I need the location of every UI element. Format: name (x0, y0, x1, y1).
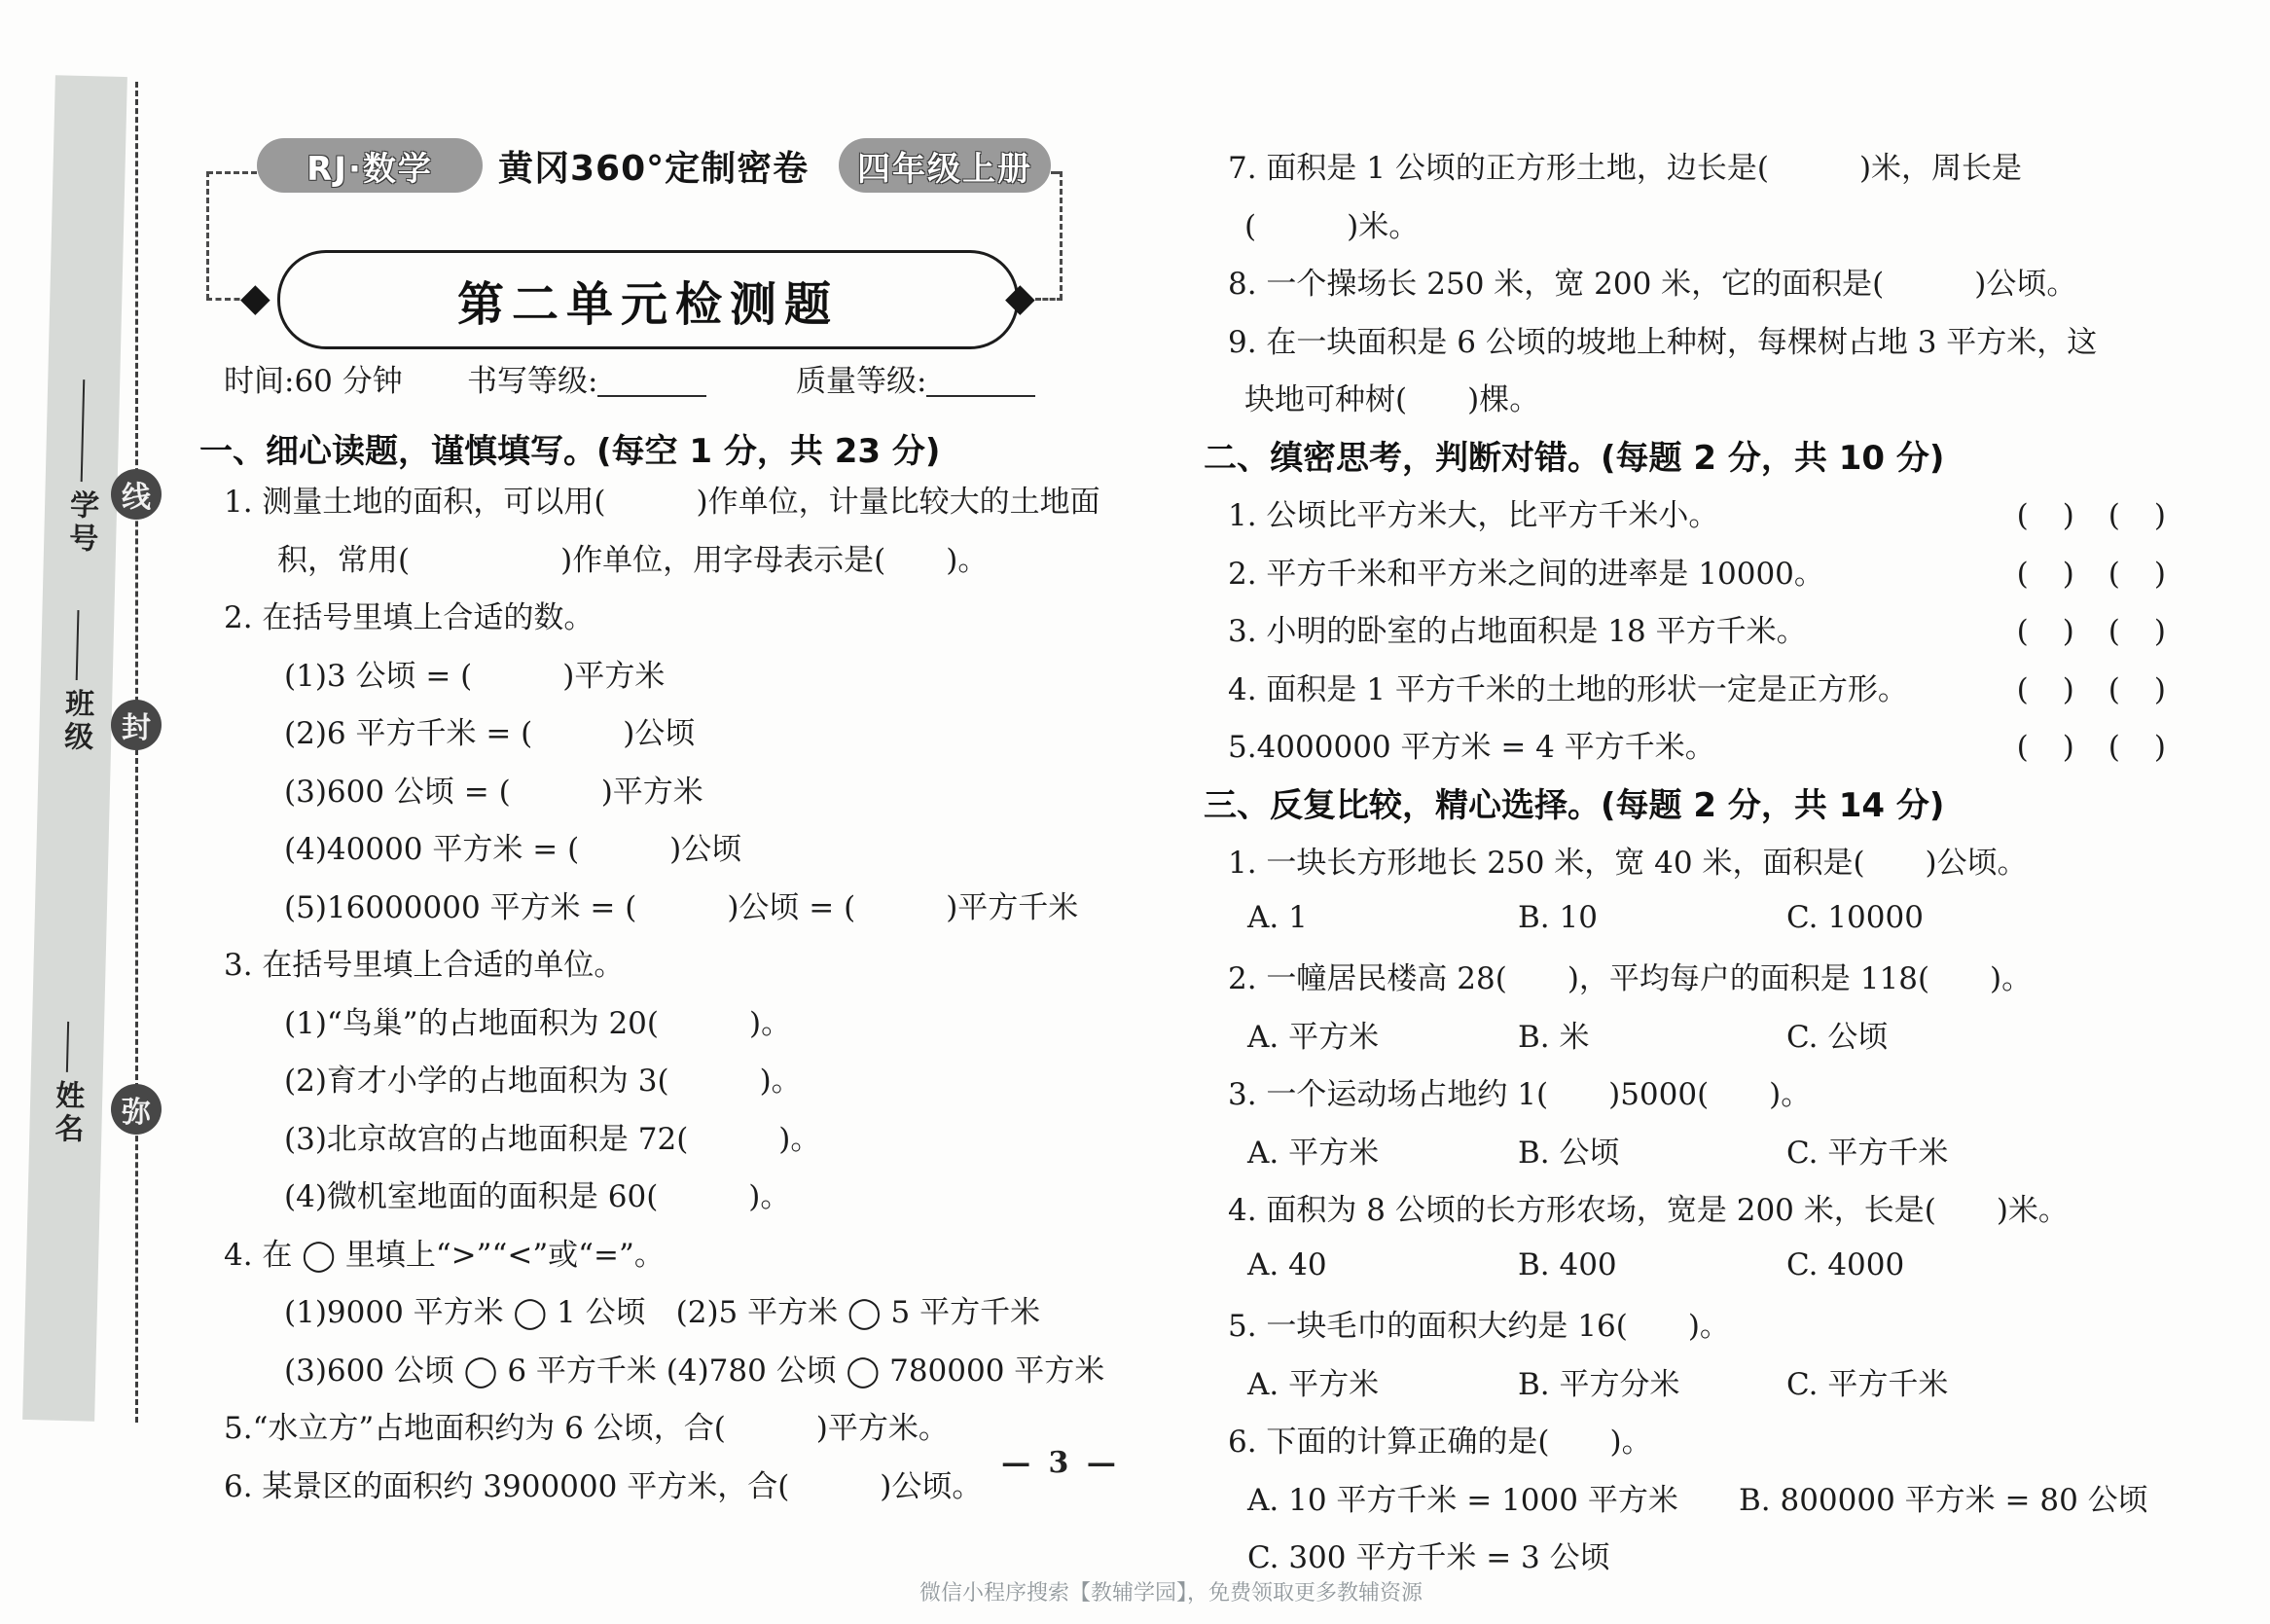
student-id-blank-line (81, 379, 86, 482)
section-1-heading: 一、细心读题，谨慎填写。(每空 1 分，共 23 分) (199, 424, 940, 472)
q8-stem: 8. 一个操场长 250 米，宽 200 米，它的面积是( )公顷。 (1204, 252, 2170, 310)
name-blank-line (66, 1022, 69, 1072)
writing-grade-blank (597, 366, 706, 397)
q2-stem: 2. 在括号里填上合适的数。 (199, 586, 1044, 644)
name-label: 姓名 (44, 1079, 89, 1146)
grade-badge: 四年级上册 (839, 138, 1051, 193)
choice-3-option-b: B. 公顷 (1518, 1128, 1786, 1172)
judge-item-4: 4. 面积是 1 平方千米的土地的形状一定是正方形。 ( ) ( ) (1204, 658, 2170, 716)
judge-1-answer-parens: ( ) ( ) (2017, 490, 2170, 534)
seal-dashed-line (135, 82, 138, 1423)
judge-4-answer-parens: ( ) ( ) (2017, 665, 2170, 708)
judge-2-answer-parens: ( ) ( ) (2017, 549, 2170, 593)
page-title: 第二单元检测题 (457, 267, 839, 334)
choice-2-option-c: C. 公顷 (1786, 1012, 2170, 1056)
q7-line-1: 7. 面积是 1 公顷的正方形土地，边长是( )米，周长是 (1204, 136, 2170, 195)
q3-stem: 3. 在括号里填上合适的单位。 (199, 933, 1044, 992)
seal-char-mi: 弥 (111, 1084, 162, 1135)
choice-5-option-a: A. 平方米 (1247, 1359, 1518, 1403)
choice-1-options: A. 1 B. 10 C. 10000 (1204, 889, 2170, 948)
choice-5-option-c: C. 平方千米 (1786, 1359, 2170, 1403)
q4-items-3-4: (3)600 公顷 ◯ 6 平方千米 (4)780 公顷 ◯ 780000 平方… (199, 1339, 1044, 1397)
header-dash-left (207, 171, 257, 174)
choice-3-option-c: C. 平方千米 (1786, 1128, 2170, 1172)
choice-3-stem: 3. 一个运动场占地约 1( )5000( )。 (1204, 1063, 2170, 1121)
seal-char-feng: 封 (111, 700, 162, 750)
right-column: 7. 面积是 1 公顷的正方形土地，边长是( )米，周长是 ( )米。 8. 一… (1204, 136, 2170, 1584)
choice-6-options-c: C. 300 平方千米 = 3 公顷 (1204, 1526, 2170, 1584)
choice-2-option-b: B. 米 (1518, 1012, 1786, 1056)
choice-1-option-a: A. 1 (1247, 900, 1518, 935)
choice-4-option-a: A. 40 (1247, 1247, 1518, 1282)
choice-4-stem: 4. 面积为 8 公顷的长方形农场，宽是 200 米，长是( )米。 (1204, 1178, 2170, 1237)
quality-grade-label: 质量等级: (796, 356, 1035, 400)
name-field: 姓名 (29, 1021, 104, 1147)
choice-1-option-c: C. 10000 (1786, 900, 2170, 935)
q3-item-1: (1)“鸟巢”的占地面积为 20( )。 (199, 992, 1044, 1050)
binding-strip: 学号 班级 姓名 (22, 75, 127, 1421)
writing-grade-text: 书写等级: (467, 364, 597, 399)
title-banner: 第二单元检测题 (277, 250, 1019, 349)
class-blank-line (76, 610, 80, 680)
choice-1-option-b: B. 10 (1518, 900, 1786, 935)
banner-diamond-left: ◆ (240, 278, 270, 317)
q2-item-3: (3)600 公顷 = ( )平方米 (199, 760, 1044, 818)
judge-3-text: 3. 小明的卧室的占地面积是 18 平方千米。 (1204, 606, 2017, 650)
q3-item-2: (2)育才小学的占地面积为 3( )。 (199, 1049, 1044, 1107)
judge-2-text: 2. 平方千米和平方米之间的进率是 10000。 (1204, 549, 2017, 593)
choice-5-options: A. 平方米 B. 平方分米 C. 平方千米 (1204, 1353, 2170, 1411)
q9-line-2: 块地可种树( )棵。 (1204, 368, 2170, 426)
seal-char-xian: 线 (111, 469, 162, 520)
judge-5-text: 5.4000000 平方米 = 4 平方千米。 (1204, 722, 2017, 766)
section-3-heading: 三、反复比较，精心选择。(每题 2 分，共 14 分) (1204, 774, 2170, 832)
choice-3-option-a: A. 平方米 (1247, 1128, 1518, 1172)
choice-6-option-a: A. 10 平方千米 = 1000 平方米 (1247, 1475, 1739, 1519)
student-id-field: 学号 (44, 379, 120, 557)
choice-5-option-b: B. 平方分米 (1518, 1359, 1786, 1403)
q9-line-1: 9. 在一块面积是 6 公顷的坡地上种树，每棵树占地 3 平方米，这 (1204, 310, 2170, 369)
q4-stem: 4. 在 ◯ 里填上“>”“<”或“=”。 (199, 1223, 1044, 1281)
q7-line-2: ( )米。 (1204, 195, 2170, 253)
page-number: — 3 — (992, 1446, 1129, 1480)
choice-2-options: A. 平方米 B. 米 C. 公顷 (1204, 1005, 2170, 1064)
choice-6-option-b: B. 800000 平方米 = 80 公顷 (1739, 1475, 2170, 1519)
choice-2-stem: 2. 一幢居民楼高 28( )，平均每户的面积是 118( )。 (1204, 947, 2170, 1005)
choice-4-option-b: B. 400 (1518, 1247, 1786, 1282)
q2-item-4: (4)40000 平方米 = ( )公顷 (199, 817, 1044, 876)
judge-3-answer-parens: ( ) ( ) (2017, 606, 2170, 650)
choice-4-options: A. 40 B. 400 C. 4000 (1204, 1237, 2170, 1295)
subject-badge: RJ·数学 (257, 138, 483, 193)
choice-5-stem: 5. 一块毛巾的面积大约是 16( )。 (1204, 1294, 2170, 1353)
judge-4-text: 4. 面积是 1 平方千米的土地的形状一定是正方形。 (1204, 665, 2017, 708)
series-title: 黄冈360°定制密卷 (498, 142, 829, 189)
quality-grade-blank (926, 366, 1035, 397)
judge-5-answer-parens: ( ) ( ) (2017, 722, 2170, 766)
left-column: 1. 测量土地的面积，可以用( )作单位，计量比较大的土地面 积，常用( )作单… (199, 470, 1044, 1512)
choice-2-option-a: A. 平方米 (1247, 1012, 1518, 1056)
q1-line-1: 1. 测量土地的面积，可以用( )作单位，计量比较大的土地面 (199, 470, 1044, 528)
banner-diamond-right: ◆ (1005, 278, 1035, 317)
class-field: 班级 (39, 609, 115, 755)
q2-item-1: (1)3 公顷 = ( )平方米 (199, 644, 1044, 703)
choice-1-stem: 1. 一块长方形地长 250 米，宽 40 米，面积是( )公顷。 (1204, 831, 2170, 889)
judge-item-1: 1. 公顷比平方米大，比平方千米小。 ( ) ( ) (1204, 484, 2170, 542)
header-dash-left-vertical (206, 171, 209, 300)
judge-item-5: 5.4000000 平方米 = 4 平方千米。 ( ) ( ) (1204, 715, 2170, 774)
q2-item-2: (2)6 平方千米 = ( )公顷 (199, 702, 1044, 760)
choice-4-option-c: C. 4000 (1786, 1247, 2170, 1282)
class-label: 班级 (54, 687, 98, 754)
banner-dash-right (1035, 298, 1063, 301)
header-dash-right-vertical (1060, 171, 1063, 300)
q1-line-2: 积，常用( )作单位，用字母表示是( )。 (199, 528, 1044, 587)
exam-paper-page: 学号 班级 姓名 线 封 弥 RJ·数学 黄冈360°定制密卷 四年级上册 ◆ … (0, 0, 2270, 1624)
judge-item-2: 2. 平方千米和平方米之间的进率是 10000。 ( ) ( ) (1204, 542, 2170, 600)
choice-6-stem: 6. 下面的计算正确的是( )。 (1204, 1410, 2170, 1468)
writing-grade-label: 书写等级: (467, 356, 706, 400)
q3-item-3: (3)北京故宫的占地面积是 72( )。 (199, 1107, 1044, 1166)
time-label: 时间:60 分钟 (224, 356, 403, 400)
choice-6-options-ab: A. 10 平方千米 = 1000 平方米 B. 800000 平方米 = 80… (1204, 1468, 2170, 1527)
q4-items-1-2: (1)9000 平方米 ◯ 1 公顷 (2)5 平方米 ◯ 5 平方千米 (199, 1281, 1044, 1339)
q3-item-4: (4)微机室地面的面积是 60( )。 (199, 1165, 1044, 1223)
judge-1-text: 1. 公顷比平方米大，比平方千米小。 (1204, 490, 2017, 534)
choice-6-option-c: C. 300 平方千米 = 3 公顷 (1247, 1533, 2170, 1576)
footer-note: 微信小程序搜索【教辅学园】，免费领取更多教辅资源 (919, 1576, 1423, 1606)
section-2-heading: 二、缜密思考，判断对错。(每题 2 分，共 10 分) (1204, 426, 2170, 485)
q2-item-5: (5)16000000 平方米 = ( )公顷 = ( )平方千米 (199, 876, 1044, 934)
q5-stem: 5.“水立方”占地面积约为 6 公顷，合( )平方米。 (199, 1396, 1044, 1455)
quality-grade-text: 质量等级: (796, 364, 926, 399)
judge-item-3: 3. 小明的卧室的占地面积是 18 平方千米。 ( ) ( ) (1204, 599, 2170, 658)
q6-stem: 6. 某景区的面积约 3900000 平方米，合( )公顷。 (199, 1455, 1044, 1513)
student-id-label: 学号 (58, 489, 103, 557)
choice-3-options: A. 平方米 B. 公顷 C. 平方千米 (1204, 1121, 2170, 1179)
